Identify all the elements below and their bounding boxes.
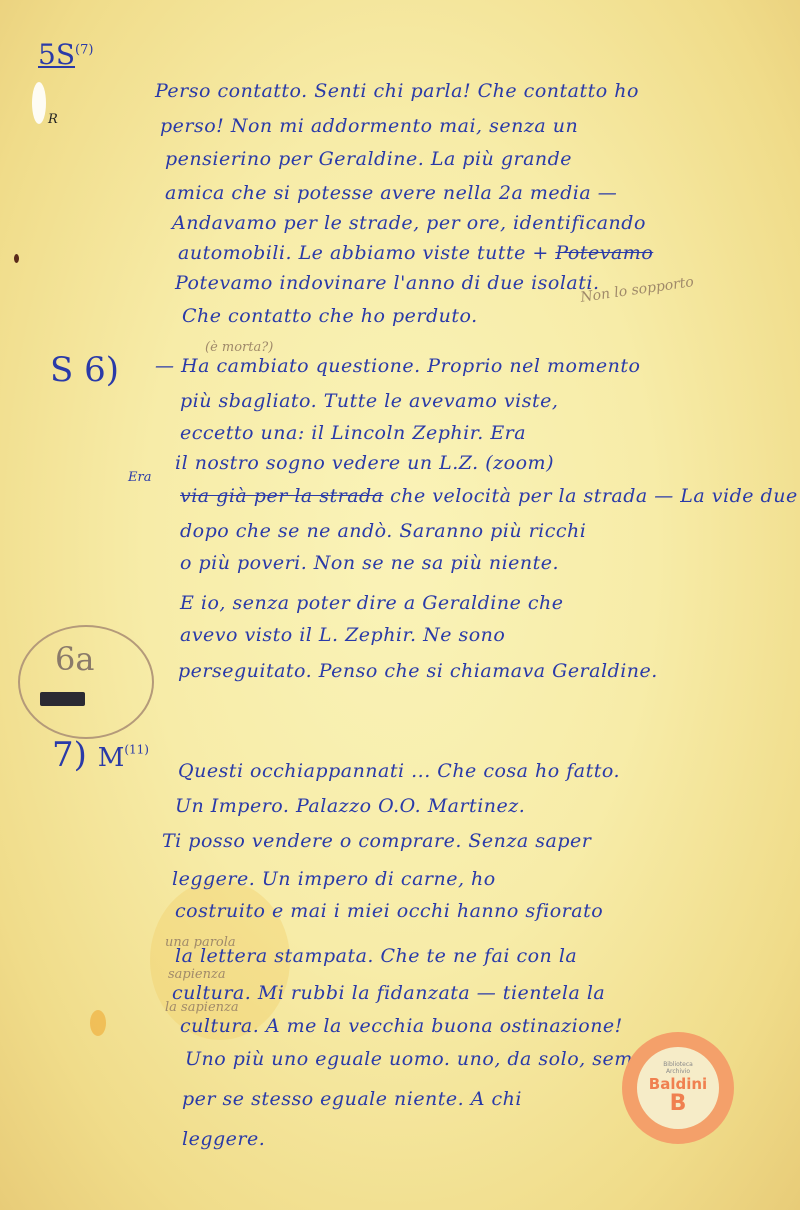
paper-stain (32, 82, 46, 124)
text-line: leggere. Un impero di carne, ho (172, 868, 496, 890)
manuscript-page: 5S(7) R S 6) 6a 7) M(11) Perso contatto.… (0, 0, 800, 1210)
text-line: Un Impero. Palazzo O.O. Martinez. (175, 795, 525, 817)
ink-blot (40, 692, 85, 706)
text-line: Uno più uno eguale uomo. uno, da solo, s… (185, 1048, 667, 1070)
pencil-note: la sapienza (165, 1000, 239, 1015)
section-7-label: 7) M(11) (52, 735, 149, 775)
stamp-logo-icon: B (670, 1093, 687, 1115)
stamp-text: Biblioteca (663, 1061, 693, 1068)
text-line: automobili. Le abbiamo viste tutte + Pot… (178, 242, 653, 264)
text-line: avevo visto il L. Zephir. Ne sono (180, 624, 505, 646)
text-line: E io, senza poter dire a Geraldine che (180, 592, 563, 614)
stamp-text: Archivio (666, 1068, 690, 1075)
text-line: leggere. (182, 1128, 265, 1150)
text-line: o più poveri. Non se ne sa più niente. (180, 552, 559, 574)
text-line: per se stesso eguale niente. A chi (182, 1088, 522, 1110)
text-line: pensierino per Geraldine. La più grande (165, 148, 572, 170)
text-line: via già per la strada che velocità per l… (180, 485, 800, 507)
section-6-label: S 6) (50, 350, 119, 390)
text-line: Ti posso vendere o comprare. Senza saper (162, 830, 591, 852)
text-line: Che contatto che ho perduto. (182, 305, 478, 327)
paper-stain (14, 254, 19, 263)
page-number-label: 5S(7) (38, 38, 93, 71)
circled-label-6a: 6a (55, 640, 94, 678)
text-line: dopo che se ne andò. Saranno più ricchi (180, 520, 586, 542)
text-line: cultura. A me la vecchia buona ostinazio… (180, 1015, 623, 1037)
stamp-inner: Biblioteca Archivio Baldini B (637, 1047, 719, 1129)
text-line: amica che si potesse avere nella 2a medi… (165, 182, 617, 204)
text-line: la lettera stampata. Che te ne fai con l… (175, 945, 577, 967)
margin-small-mark: R (48, 112, 58, 127)
text-line: Questi occhiappannati ... Che cosa ho fa… (178, 760, 620, 782)
text-line: Andavamo per le strade, per ore, identif… (172, 212, 646, 234)
text-line: costruito e mai i miei occhi hanno sfior… (175, 900, 603, 922)
pencil-note: (è morta?) (205, 340, 273, 355)
paper-stain (90, 1010, 106, 1036)
margin-word: Era (128, 470, 151, 485)
text-line: perso! Non mi addormento mai, senza un (160, 115, 578, 137)
text-line: Potevamo indovinare l'anno di due isolat… (175, 272, 600, 294)
text-line: eccetto una: il Lincoln Zephir. Era (180, 422, 526, 444)
text-line: il nostro sogno vedere un L.Z. (zoom) (175, 452, 554, 474)
text-line: — Ha cambiato questione. Proprio nel mom… (155, 355, 640, 377)
text-line: perseguitato. Penso che si chiamava Gera… (178, 660, 658, 682)
archive-stamp: Biblioteca Archivio Baldini B (622, 1032, 734, 1144)
text-line: più sbagliato. Tutte le avevamo viste, (180, 390, 558, 412)
pencil-note: sapienza (168, 967, 226, 982)
text-line: Perso contatto. Senti chi parla! Che con… (155, 80, 639, 102)
